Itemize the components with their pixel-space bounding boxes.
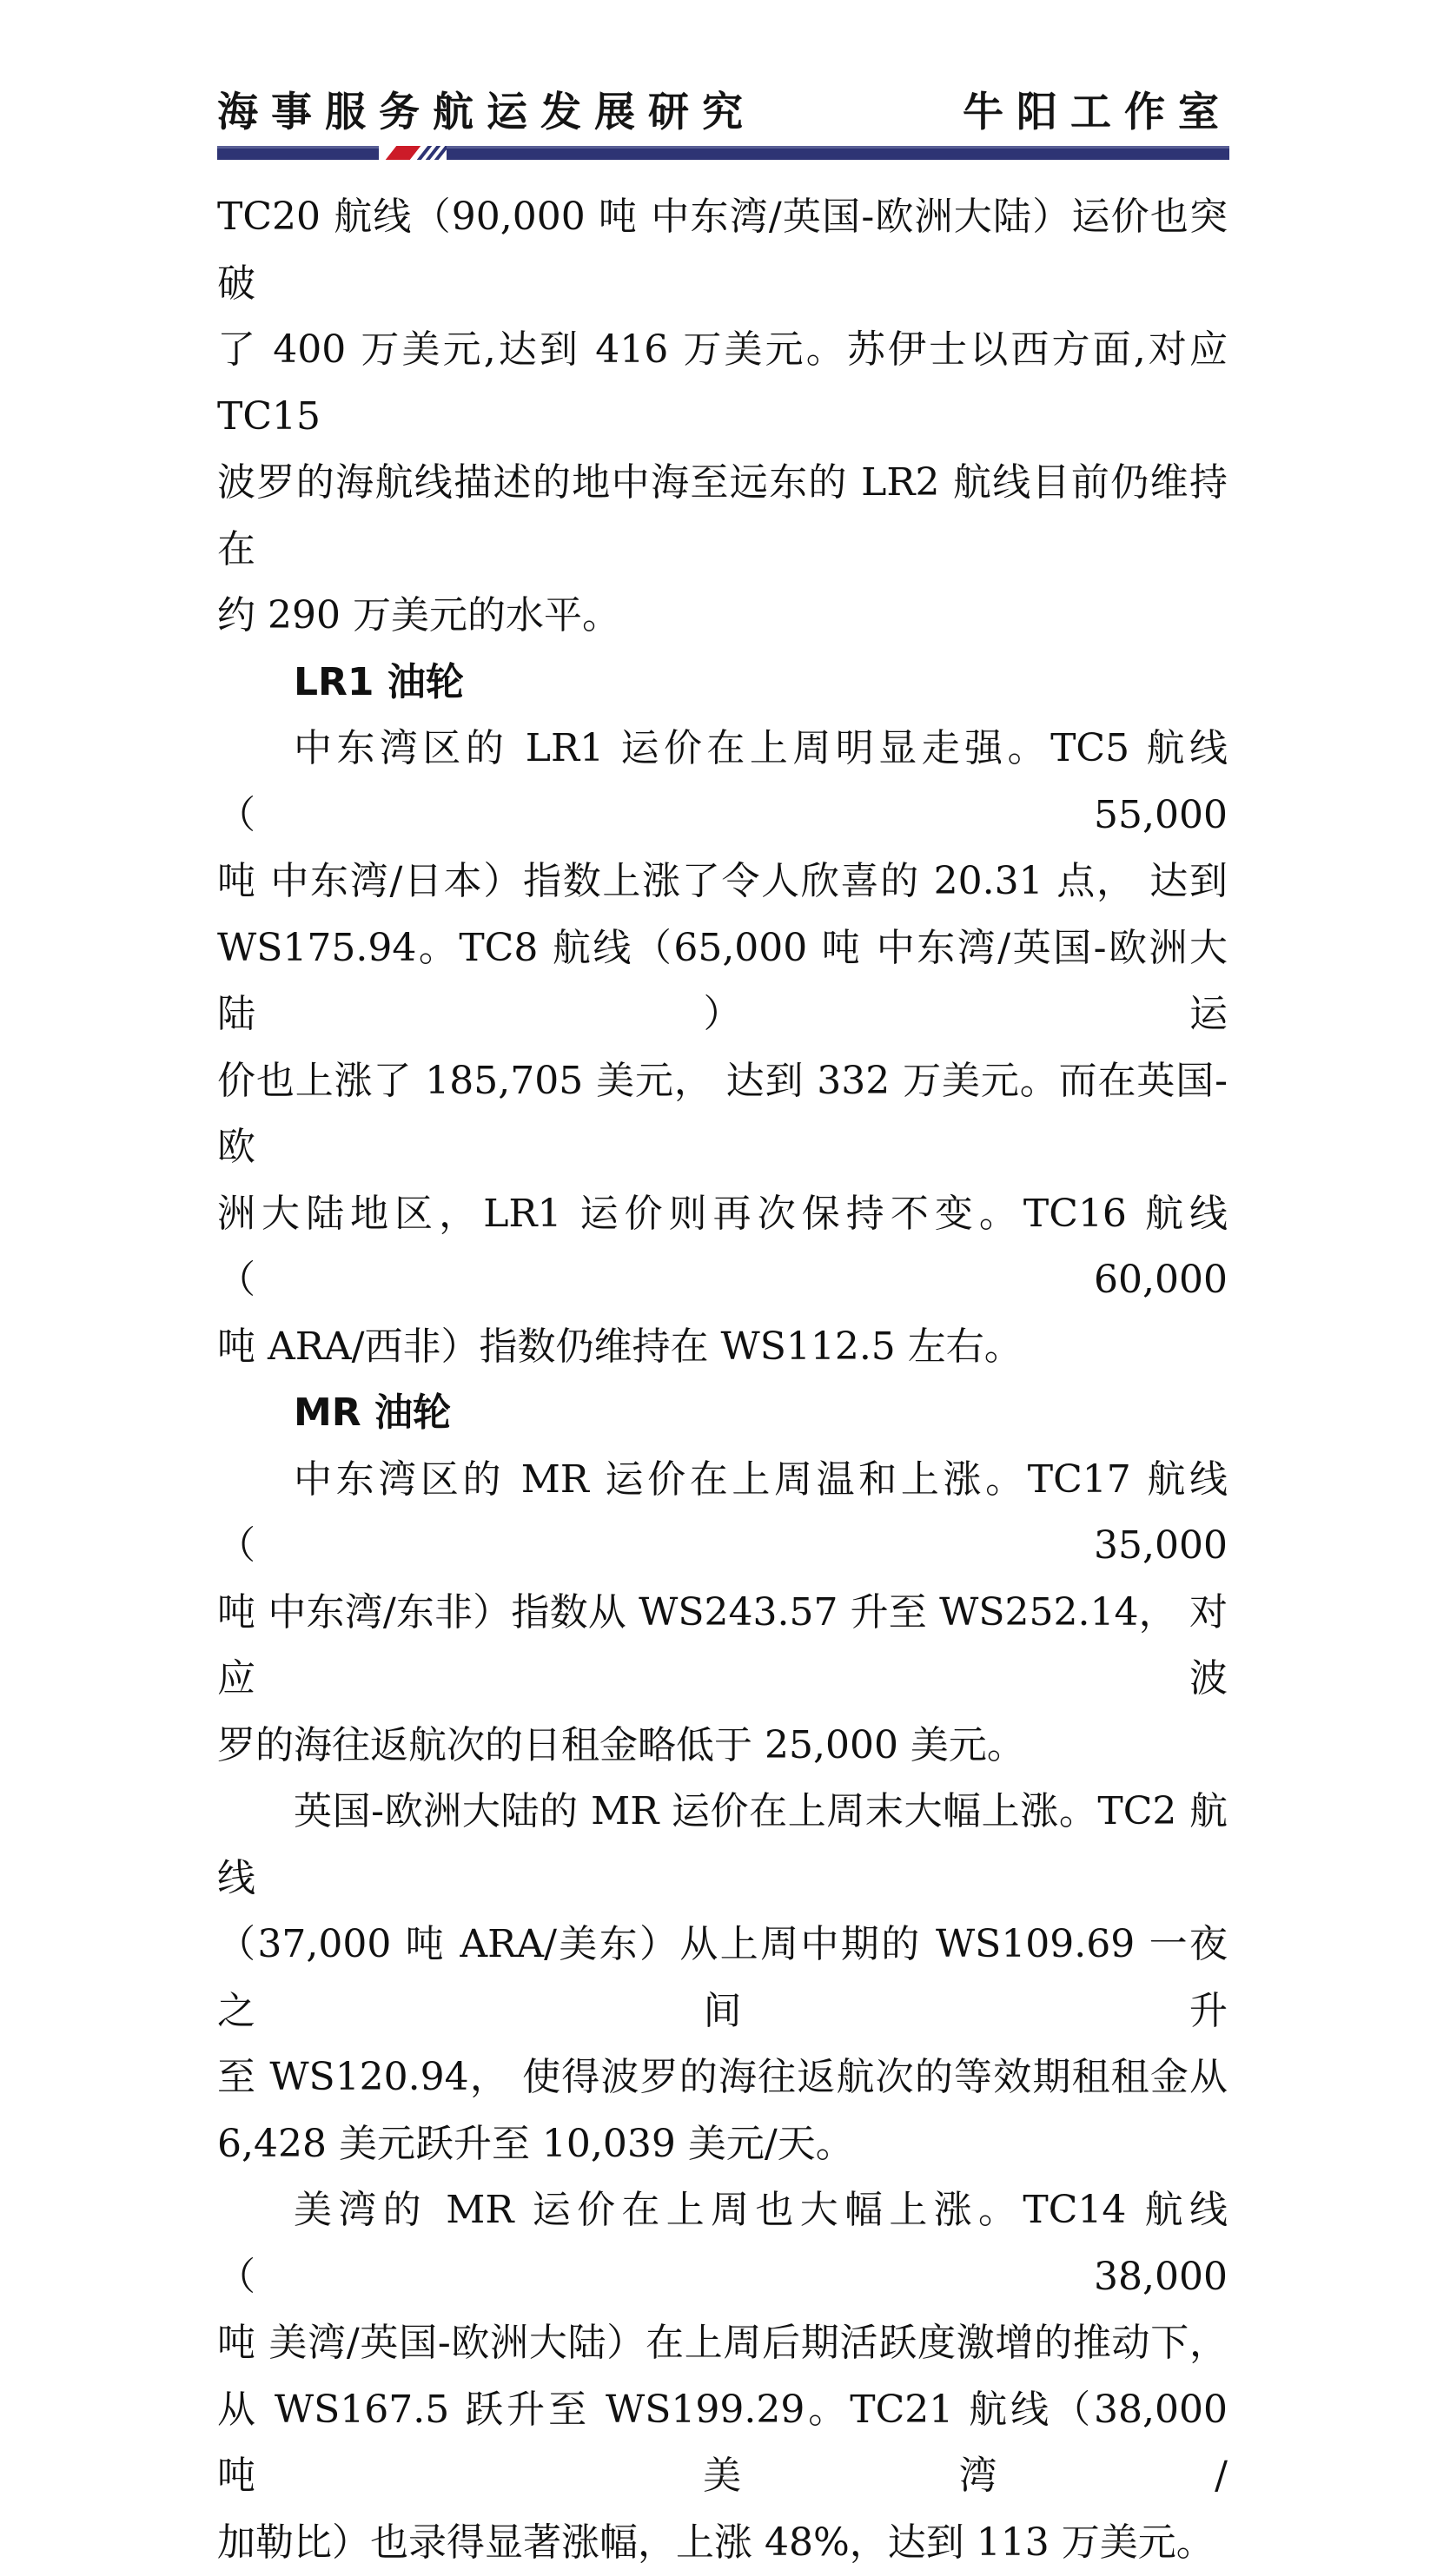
body-line: 洲大陆地区，LR1 运价则再次保持不变。TC16 航线（60,000 <box>217 1181 1228 1314</box>
section-heading-lr1: LR1 油轮 <box>217 650 1228 717</box>
body-line: 加勒比）也录得显著涨幅，上涨 48%，达到 113 万美元。 <box>217 2510 1228 2576</box>
section-heading-mr: MR 油轮 <box>217 1380 1228 1447</box>
page-header: 海事服务航运发展研究 牛阳工作室 <box>217 80 1232 138</box>
body-line: 至 WS120.94， 使得波罗的海往返航次的等效期租租金从 <box>217 2044 1228 2111</box>
body-line: 从 WS167.5 跃升至 WS199.29。TC21 航线（38,000 吨 … <box>217 2377 1228 2510</box>
body-line: 约 290 万美元的水平。 <box>217 583 1228 650</box>
document-page: { "header": { "left_title": "海事服务航运发展研究"… <box>0 0 1437 2031</box>
header-right-title: 牛阳工作室 <box>963 80 1232 138</box>
body-line: 吨 ARA/西非）指数仍维持在 WS112.5 左右。 <box>217 1314 1228 1381</box>
body-line: WS175.94。TC8 航线（65,000 吨 中东湾/英国-欧洲大陆）运 <box>217 915 1228 1048</box>
document-body: TC20 航线（90,000 吨 中东湾/英国-欧洲大陆）运价也突破 了 400… <box>217 184 1228 2576</box>
body-line: 吨 美湾/英国-欧洲大陆）在上周后期活跃度激增的推动下， <box>217 2310 1228 2377</box>
body-line: 英国-欧洲大陆的 MR 运价在上周末大幅上涨。TC2 航线 <box>217 1779 1228 1912</box>
body-line: （37,000 吨 ARA/美东）从上周中期的 WS109.69 一夜之间升 <box>217 1912 1228 2044</box>
paragraph-mr-usg: 美湾的 MR 运价在上周也大幅上涨。TC14 航线（38,000 吨 美湾/英国… <box>217 2177 1228 2576</box>
paragraph-mr-meg: 中东湾区的 MR 运价在上周温和上涨。TC17 航线（35,000 吨 中东湾/… <box>217 1447 1228 1780</box>
body-line: TC20 航线（90,000 吨 中东湾/英国-欧洲大陆）运价也突破 <box>217 184 1228 317</box>
body-line: 了 400 万美元,达到 416 万美元。苏伊士以西方面,对应 TC15 <box>217 317 1228 450</box>
body-line: 中东湾区的 MR 运价在上周温和上涨。TC17 航线（35,000 <box>217 1447 1228 1580</box>
header-left-title: 海事服务航运发展研究 <box>217 80 756 138</box>
paragraph-mr-ukc: 英国-欧洲大陆的 MR 运价在上周末大幅上涨。TC2 航线 （37,000 吨 … <box>217 1779 1228 2177</box>
red-slash-icon <box>386 146 421 160</box>
body-line: 吨 中东湾/日本）指数上涨了令人欣喜的 20.31 点， 达到 <box>217 849 1228 915</box>
body-line: 吨 中东湾/东非）指数从 WS243.57 升至 WS252.14， 对应波 <box>217 1580 1228 1713</box>
paragraph-tc20: TC20 航线（90,000 吨 中东湾/英国-欧洲大陆）运价也突破 了 400… <box>217 184 1228 650</box>
header-rule-accent <box>379 146 447 160</box>
header-rule <box>217 146 1229 160</box>
body-line: 价也上涨了 185,705 美元， 达到 332 万美元。而在英国-欧 <box>217 1048 1228 1181</box>
body-line: 美湾的 MR 运价在上周也大幅上涨。TC14 航线（38,000 <box>217 2177 1228 2310</box>
body-line: 中东湾区的 LR1 运价在上周明显走强。TC5 航线（55,000 <box>217 716 1228 849</box>
body-line: 6,428 美元跃升至 10,039 美元/天。 <box>217 2111 1228 2178</box>
body-line: 罗的海往返航次的日租金略低于 25,000 美元。 <box>217 1713 1228 1780</box>
body-line: 波罗的海航线描述的地中海至远东的 LR2 航线目前仍维持在 <box>217 450 1228 583</box>
paragraph-lr1: 中东湾区的 LR1 运价在上周明显走强。TC5 航线（55,000 吨 中东湾/… <box>217 716 1228 1380</box>
